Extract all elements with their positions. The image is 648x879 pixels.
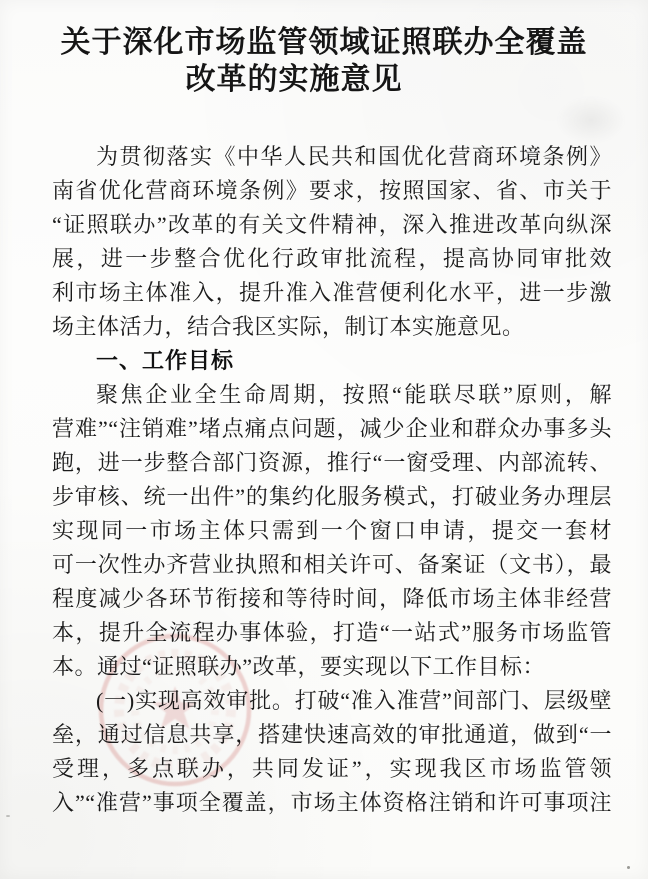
document-text-line: “证照联办”改革的有关文件精神，深入推进改革向纵深发 — [52, 208, 612, 242]
document-title: 关于深化市场监管领域证照联办全覆盖 改革的实施意见 — [0, 24, 648, 98]
document-text-line: 可一次性办齐营业执照和相关许可、备案证（文书），最大 — [52, 548, 612, 582]
document-text-line: 为贯彻落实《中华人民共和国优化营商环境条例》《河 — [52, 140, 612, 174]
document-text-line: 本，提升全流程办事体验，打造“一站式”服务市场监管样 — [52, 616, 612, 650]
document-text-line: (一)实现高效审批。打破“准入准营”间部门、层级壁 — [52, 684, 612, 718]
document-text-line: 入”“准营”事项全覆盖，市场主体资格注销和许可事项注 — [52, 786, 612, 820]
document-title-line-1: 关于深化市场监管领域证照联办全覆盖 — [0, 24, 648, 61]
document-text-line: 受理，多点联办，共同发证”，实现我区市场监管领域“准 — [52, 752, 612, 786]
document-text-line: 垒，通过信息共享，搭建快速高效的审批通道，做到“一点 — [52, 718, 612, 752]
document-text-line: 聚焦企业全生命周期，按照“能联尽联”原则，解决“准 — [52, 378, 612, 412]
document-title-line-2: 改革的实施意见 — [0, 61, 618, 98]
document-text-line: 程度减少各环节衔接和等待时间，降低市场主体非经营性成 — [52, 582, 612, 616]
document-text-line: 利市场主体准入，提升准入准营便利化水平，进一步激发市 — [52, 276, 612, 310]
document-text-line: 营难”“注销难”堵点痛点问题，减少企业和群众办事多头 — [52, 412, 612, 446]
document-text-line: 步审核、统一出件”的集约化服务模式，打破业务办理层级， — [52, 480, 612, 514]
document-text-line: 展，进一步整合优化行政审批流程，提高协同审批效率，便 — [52, 242, 612, 276]
section-heading-line: 一、工作目标 — [52, 344, 612, 378]
scan-bleedthrough-smudge — [556, 96, 626, 144]
document-text-line: 场主体活力，结合我区实际，制订本实施意见。 — [52, 310, 612, 344]
scan-speck — [6, 815, 10, 817]
document-text-line: 本。通过“证照联办”改革，要实现以下工作目标： — [52, 650, 612, 684]
scanned-document-page: 关于深化市场监管领域证照联办全覆盖 改革的实施意见 为贯彻落实《中华人民共和国优… — [0, 0, 648, 879]
document-text-line: 南省优化营商环境条例》要求，按照国家、省、市关于推行 — [52, 174, 612, 208]
scan-speck — [627, 866, 630, 869]
document-text-line: 跑，进一步整合部门资源，推行“一窗受理、内部流转、同 — [52, 446, 612, 480]
document-body: 为贯彻落实《中华人民共和国优化营商环境条例》《河南省优化营商环境条例》要求，按照… — [52, 140, 612, 820]
document-text-line: 实现同一市场主体只需到一个窗口申请，提交一套材料，即 — [52, 514, 612, 548]
